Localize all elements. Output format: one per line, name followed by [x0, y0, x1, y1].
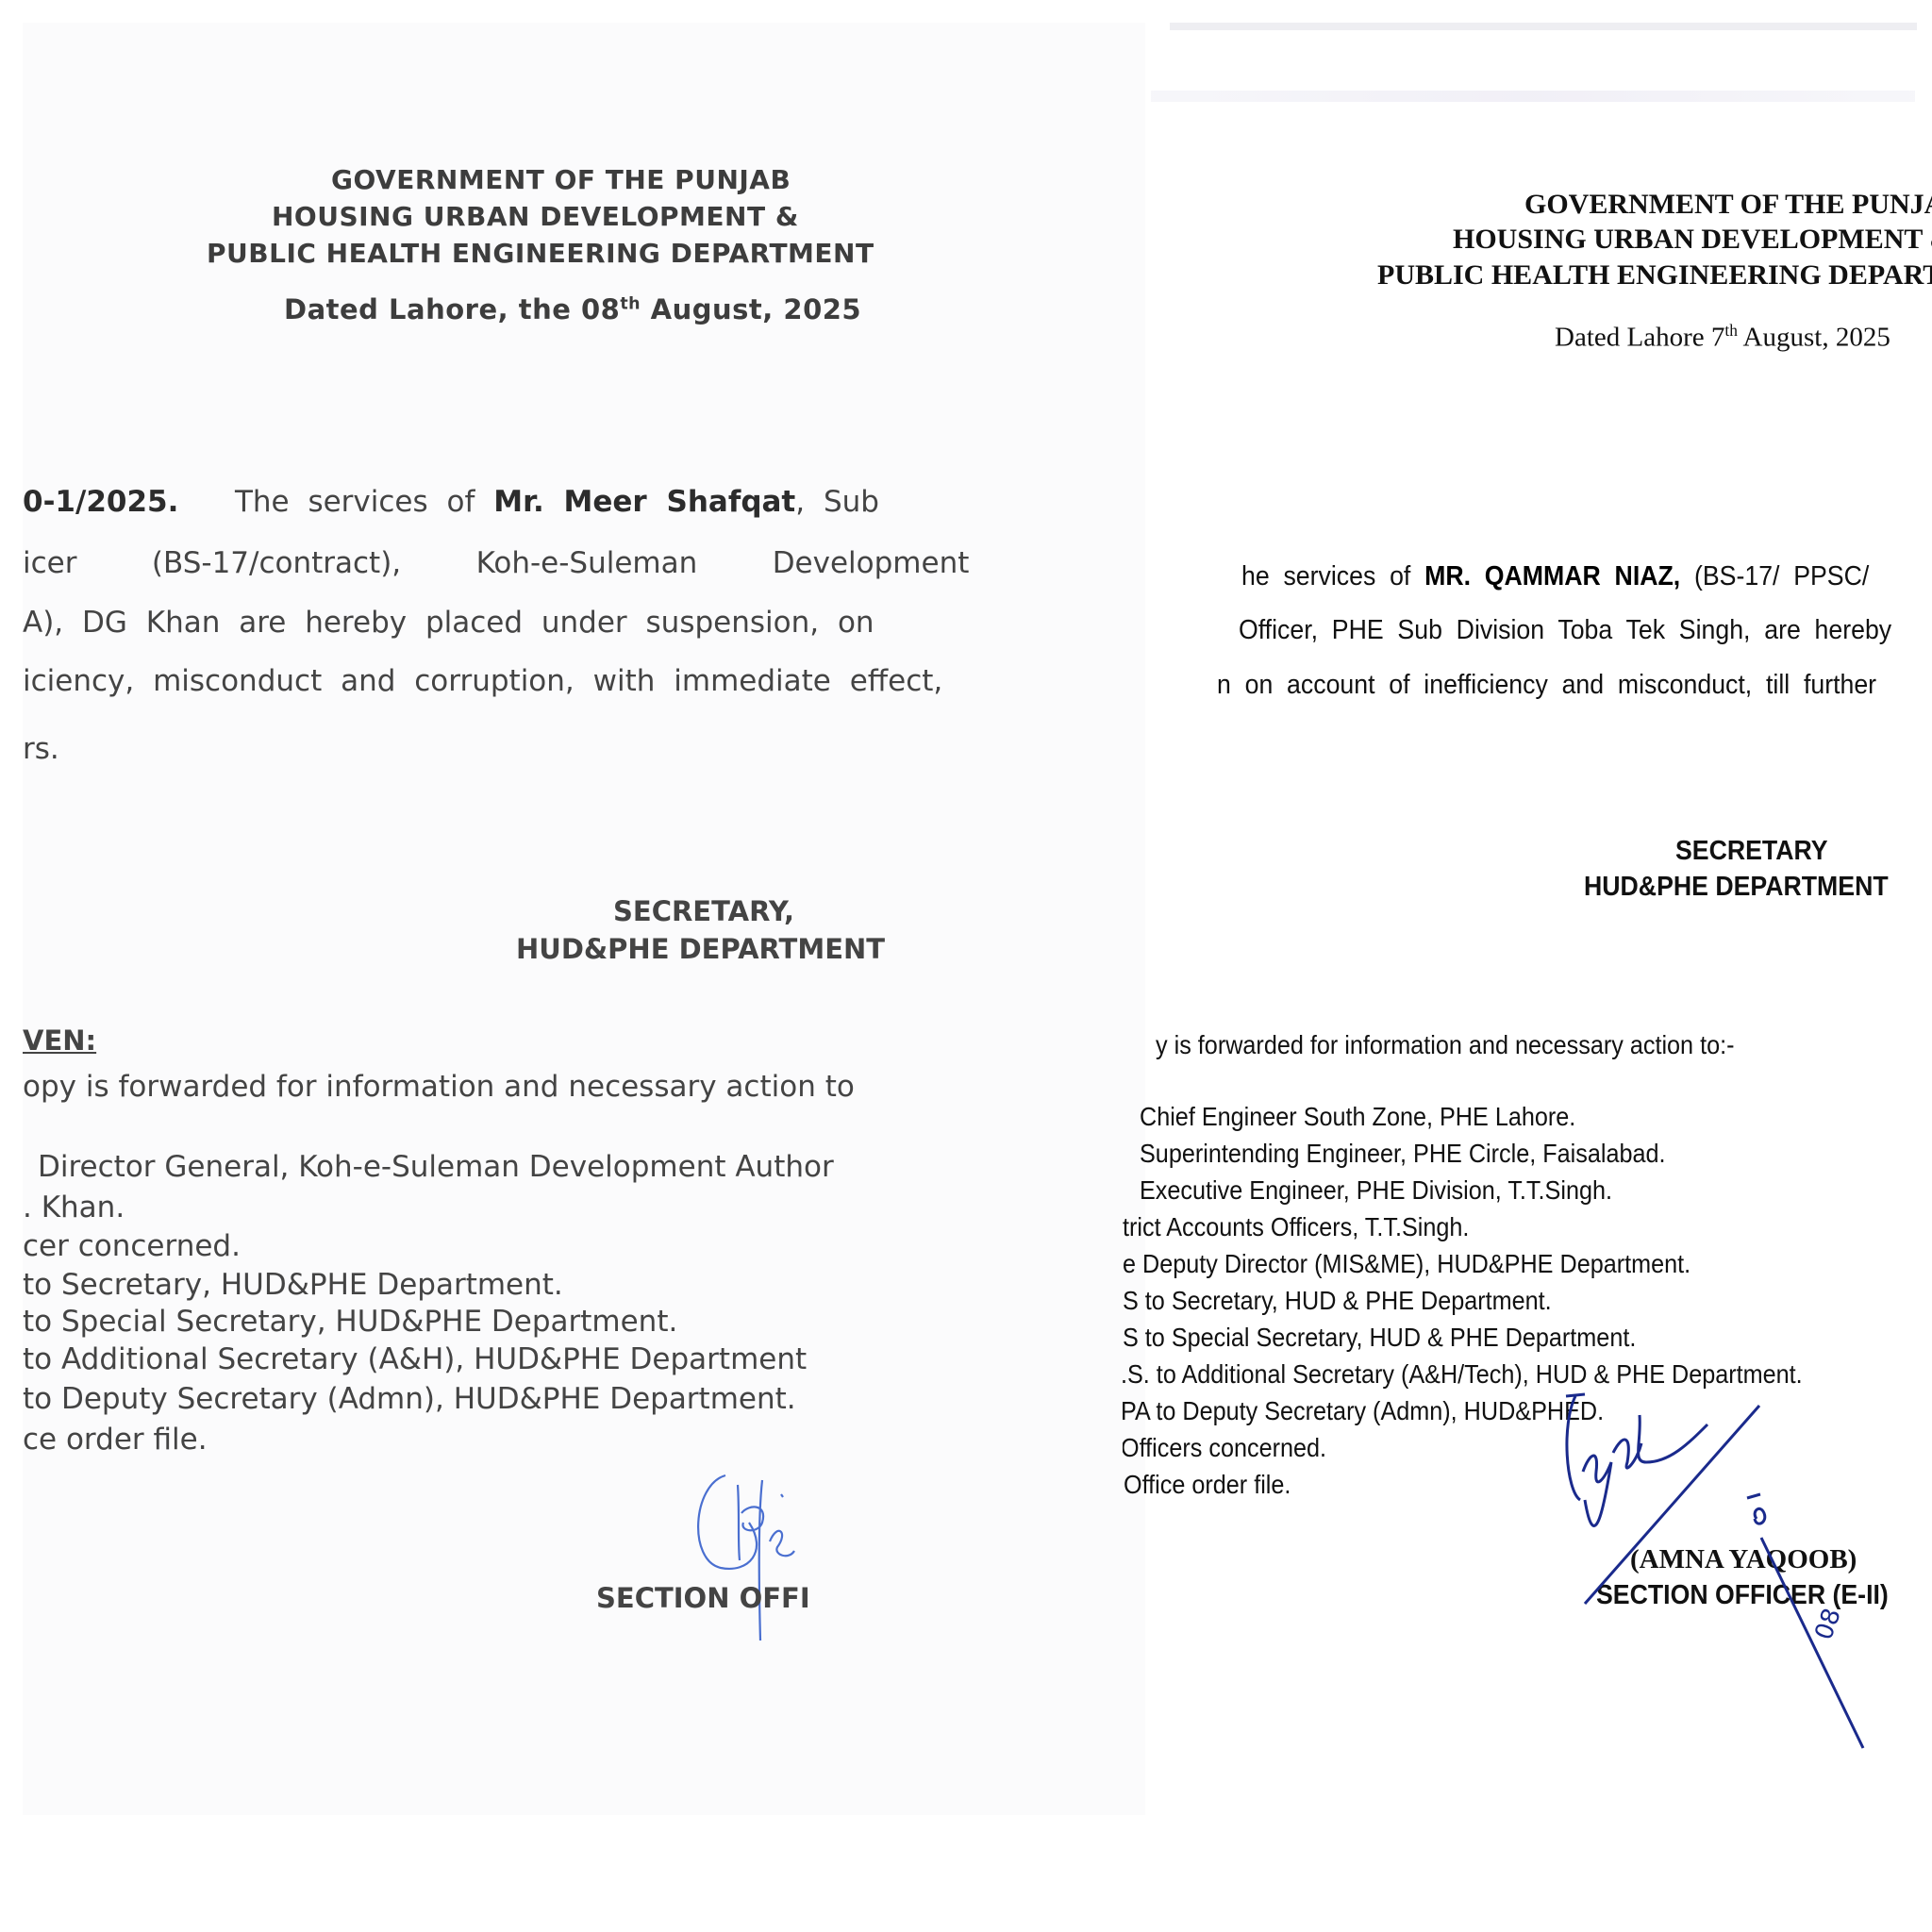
- left-paragraph-line-2: icer (BS-17/contract), Koh-e-Suleman Dev…: [23, 546, 969, 580]
- left-header-phe: PUBLIC HEALTH ENGINEERING DEPARTMENT: [207, 238, 874, 269]
- left-secretary-department: HUD&PHE DEPARTMENT: [516, 933, 885, 965]
- distribution-item: .Office order file.: [1123, 1470, 1291, 1500]
- right-signature-icon: 08: [1472, 1358, 1906, 1774]
- distribution-item: Director General, Koh-e-Suleman Developm…: [38, 1150, 834, 1184]
- right-paragraph-line-2: Officer, PHE Sub Division Toba Tek Singh…: [1239, 615, 1891, 646]
- distribution-item: to Secretary, HUD&PHE Department.: [23, 1268, 563, 1302]
- distribution-item: S to Special Secretary, HUD & PHE Depart…: [1123, 1323, 1636, 1353]
- right-header-housing: HOUSING URBAN DEVELOPMENT &: [1453, 224, 1932, 256]
- distribution-item: Officers concerned.: [1123, 1433, 1326, 1463]
- right-secretary-department: HUD&PHE DEPARTMENT: [1584, 872, 1889, 903]
- left-header-housing: HOUSING URBAN DEVELOPMENT &: [272, 201, 799, 232]
- left-paragraph-line-5: rs.: [23, 732, 59, 766]
- signature-date-annotation: 08: [1809, 1605, 1847, 1643]
- left-paragraph-line-4: iciency, misconduct and corruption, with…: [23, 664, 942, 698]
- right-date: Dated Lahore 7th August, 2025: [1555, 321, 1890, 354]
- distribution-item: Superintending Engineer, PHE Circle, Fai…: [1140, 1139, 1666, 1169]
- distribution-item: e Deputy Director (MIS&ME), HUD&PHE Depa…: [1123, 1249, 1690, 1279]
- right-header-phe: PUBLIC HEALTH ENGINEERING DEPARTMENT: [1377, 259, 1932, 291]
- distribution-item: ce order file.: [23, 1423, 208, 1457]
- left-date: Dated Lahore, the 08th August, 2025: [284, 293, 861, 325]
- left-header-government: GOVERNMENT OF THE PUNJAB: [331, 164, 791, 195]
- left-paragraph-line-3: A), DG Khan are hereby placed under susp…: [23, 606, 874, 640]
- distribution-item: Chief Engineer South Zone, PHE Lahore.: [1140, 1102, 1575, 1132]
- left-signature-icon: [683, 1457, 834, 1645]
- distribution-item: Executive Engineer, PHE Division, T.T.Si…: [1140, 1175, 1612, 1206]
- distribution-item: . Khan.: [23, 1191, 125, 1224]
- right-paragraph-line-1: he services of MR. QAMMAR NIAZ, (BS-17/ …: [1241, 561, 1869, 592]
- right-forward-line: y is forwarded for information and neces…: [1156, 1030, 1734, 1060]
- right-secretary-title: SECRETARY: [1675, 836, 1828, 867]
- left-secretary-title: SECRETARY,: [613, 895, 794, 927]
- distribution-item: S to Secretary, HUD & PHE Department.: [1123, 1286, 1552, 1316]
- officer-name: MR. QAMMAR NIAZ,: [1424, 561, 1680, 591]
- distribution-item: cer concerned.: [23, 1229, 241, 1263]
- right-header-government: GOVERNMENT OF THE PUNJAB: [1524, 189, 1932, 221]
- left-notice: GOVERNMENT OF THE PUNJAB HOUSING URBAN D…: [23, 23, 1145, 1815]
- distribution-item: to Deputy Secretary (Admn), HUD&PHE Depa…: [23, 1382, 796, 1416]
- left-section-officer: SECTION OFFI: [596, 1582, 810, 1614]
- distribution-item: to Special Secretary, HUD&PHE Department…: [23, 1305, 677, 1339]
- left-endorsement-heading: VEN:: [23, 1024, 96, 1057]
- officer-name: Mr. Meer Shafqat: [493, 485, 795, 519]
- distribution-item: trict Accounts Officers, T.T.Singh.: [1123, 1212, 1469, 1242]
- distribution-item: to Additional Secretary (A&H), HUD&PHE D…: [23, 1342, 807, 1376]
- left-paragraph-line-1: 0-1/2025. The services of Mr. Meer Shafq…: [23, 485, 879, 519]
- order-number: 0-1/2025.: [23, 485, 178, 519]
- left-forward-line: opy is forwarded for information and nec…: [23, 1070, 855, 1104]
- right-paragraph-line-3: n on account of inefficiency and miscond…: [1217, 670, 1876, 701]
